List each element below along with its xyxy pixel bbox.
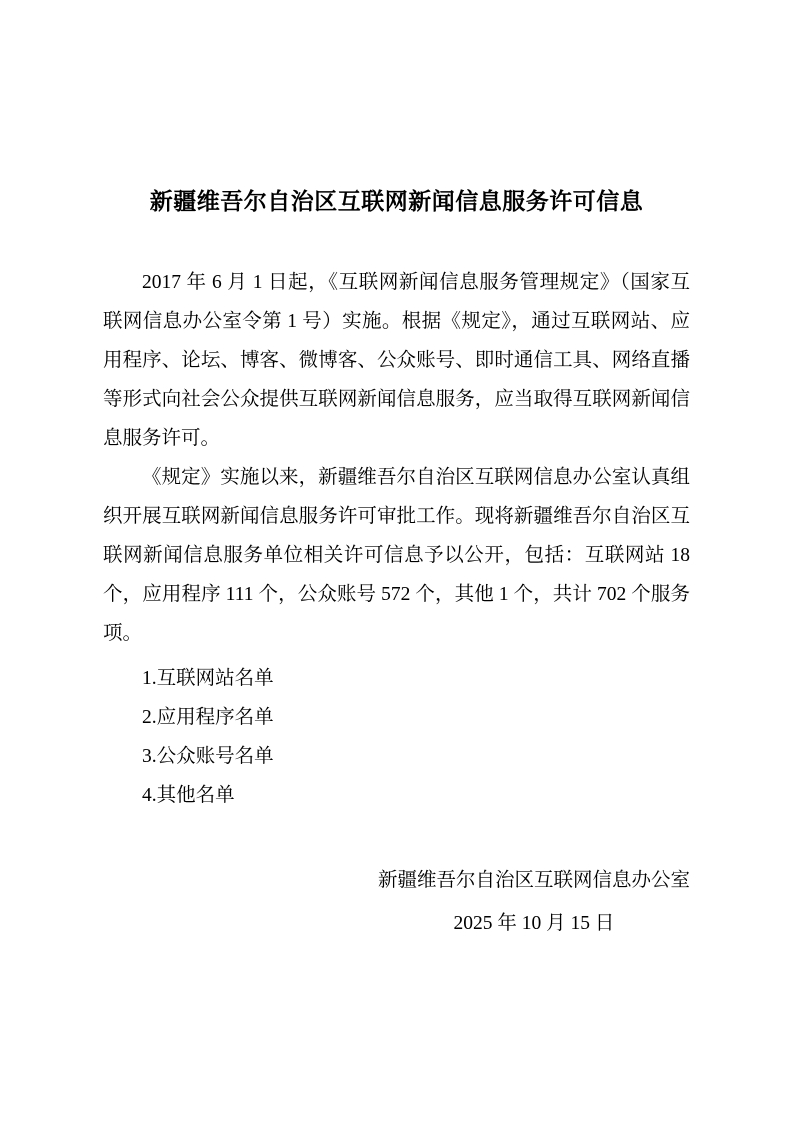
license-list: 1.互联网站名单 2.应用程序名单 3.公众账号名单 4.其他名单 bbox=[103, 659, 690, 815]
list-item-other-list: 4.其他名单 bbox=[142, 776, 690, 815]
document-page: 新疆维吾尔自治区互联网新闻信息服务许可信息 2017 年 6 月 1 日起，《互… bbox=[0, 0, 793, 1122]
list-item-website-list: 1.互联网站名单 bbox=[142, 659, 690, 698]
signature-date: 2025 年 10 月 15 日 bbox=[378, 902, 690, 945]
paragraph-regulation-intro: 2017 年 6 月 1 日起，《互联网新闻信息服务管理规定》（国家互联网信息办… bbox=[103, 263, 690, 458]
list-item-app-list: 2.应用程序名单 bbox=[142, 698, 690, 737]
paragraph-license-disclosure: 《规定》实施以来，新疆维吾尔自治区互联网信息办公室认真组织开展互联网新闻信息服务… bbox=[103, 458, 690, 653]
document-title: 新疆维吾尔自治区互联网新闻信息服务许可信息 bbox=[103, 186, 690, 216]
signature-block: 新疆维吾尔自治区互联网信息办公室 2025 年 10 月 15 日 bbox=[103, 859, 690, 945]
list-item-public-account-list: 3.公众账号名单 bbox=[142, 737, 690, 776]
signature-inner: 新疆维吾尔自治区互联网信息办公室 2025 年 10 月 15 日 bbox=[378, 859, 690, 945]
signature-organization: 新疆维吾尔自治区互联网信息办公室 bbox=[378, 859, 690, 902]
